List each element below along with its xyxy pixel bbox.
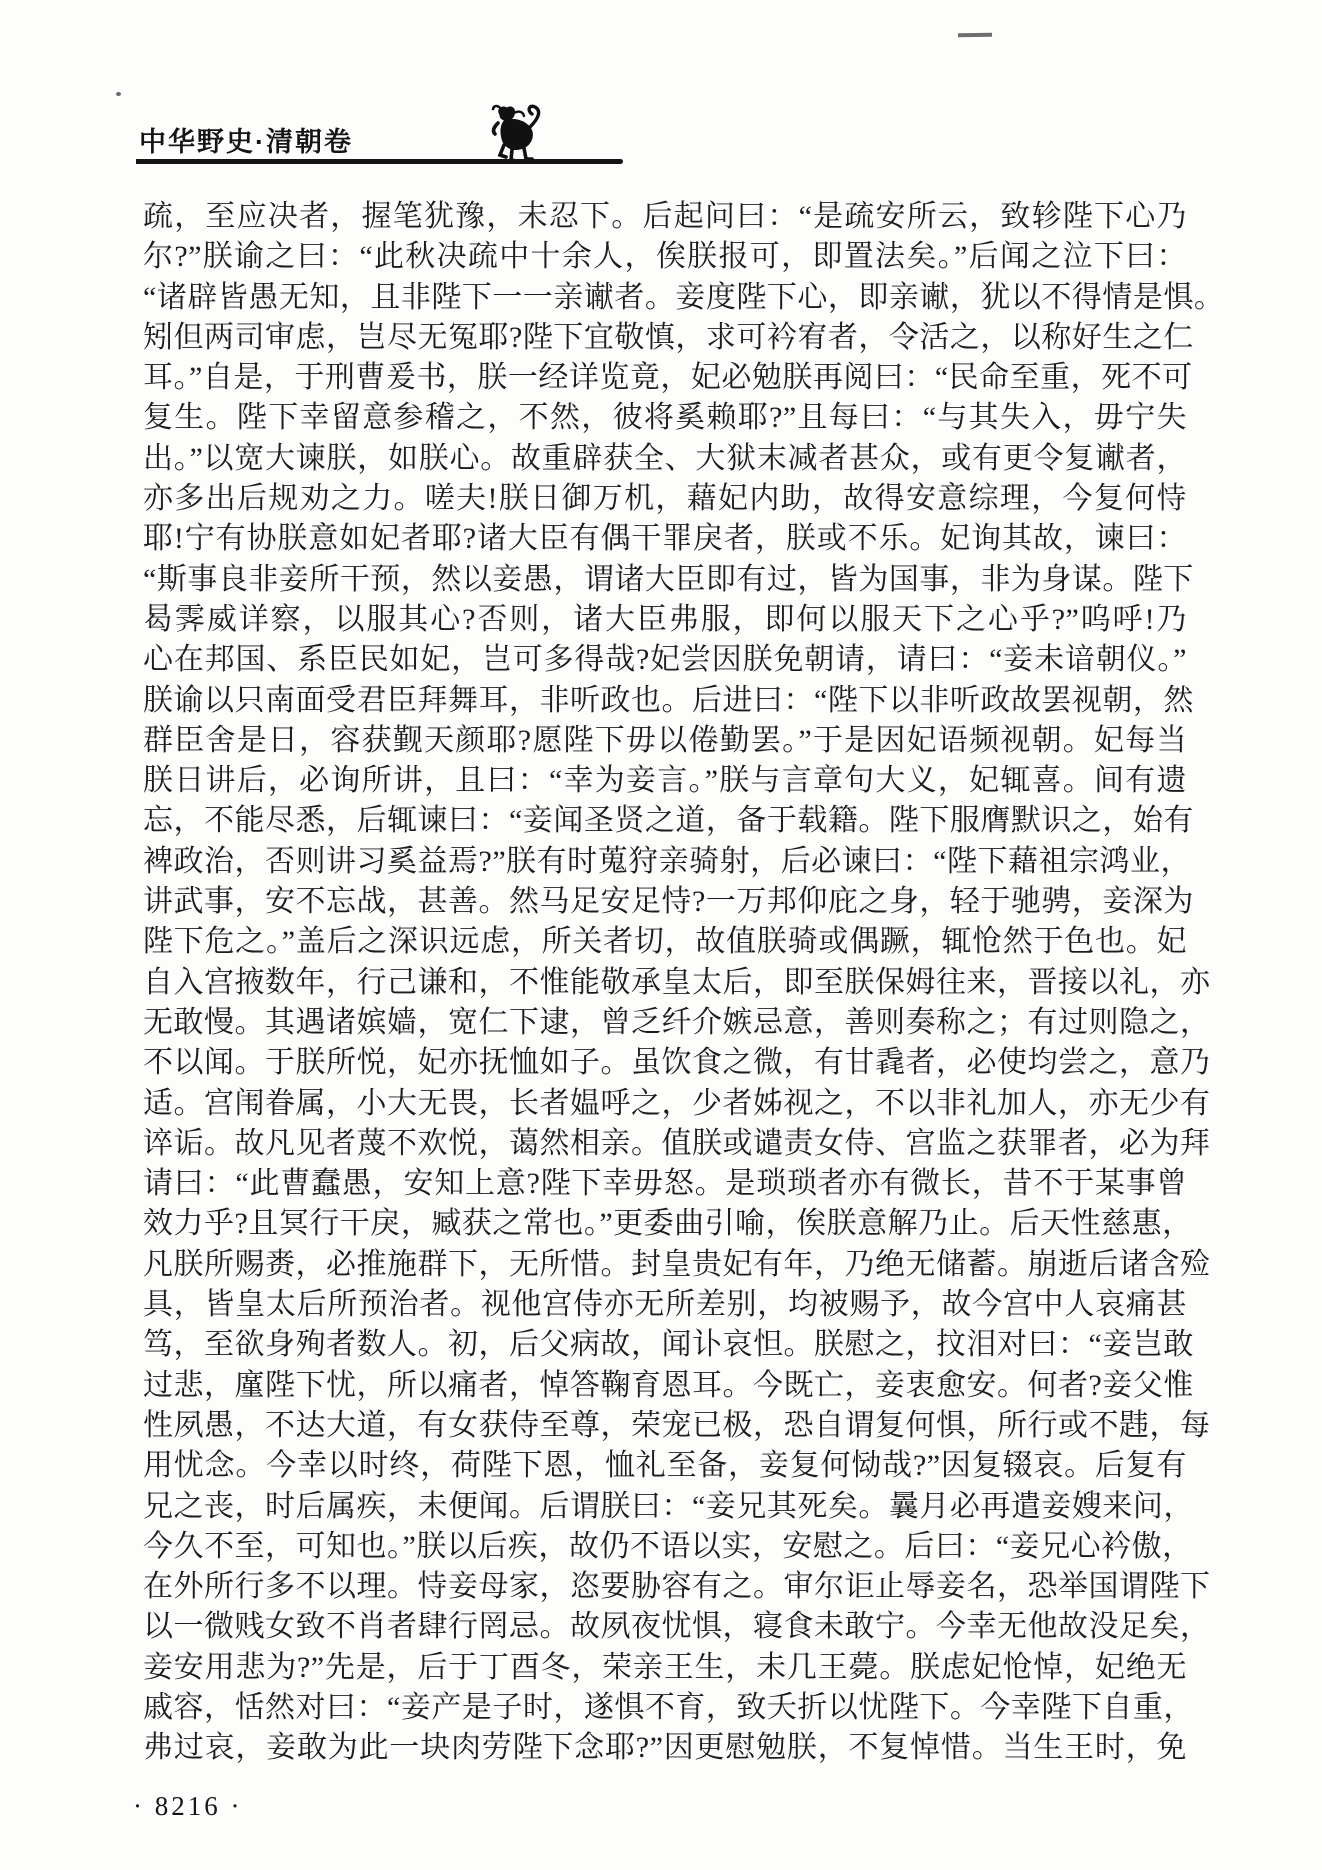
text-line: 讲武事，安不忘战，甚善。然马足安足恃?一万邦仰庇之身，轻于驰骋，妾深为 (143, 882, 1187, 922)
text-line: 不以闻。于朕所悦，妃亦抚恤如子。虽饮食之微，有甘毳者，必使均尝之，意乃 (143, 1043, 1187, 1083)
text-line: 请曰：“此曹蠢愚，安知上意?陛下幸毋怒。是琐琐者亦有微长，昔不于某事曾 (143, 1164, 1187, 1204)
text-line: 亦多出后规劝之力。嗟夫!朕日御万机，藉妃内助，故得安意综理，今复何恃 (143, 479, 1187, 519)
text-line: 弗过哀，妾敢为此一块肉劳陛下念耶?”因更慰勉朕，不复悼惜。当生王时，免 (143, 1728, 1187, 1768)
text-line: 出。”以宽大谏朕，如朕心。故重辟获全、大狱末减者甚众，或有更令复谳者， (143, 439, 1187, 479)
text-line: 尔?”朕谕之曰：“此秋决疏中十余人，俟朕报可，即置法矣。”后闻之泣下曰： (143, 237, 1187, 277)
qilin-dragon-icon (486, 101, 548, 165)
text-line: 效力乎?且冥行干戾，臧获之常也。”更委曲引喻，俟朕意解乃止。后天性慈惠， (143, 1204, 1187, 1244)
text-line: 凡朕所赐赉，必推施群下，无所惜。封皇贵妃有年，乃绝无储蓄。崩逝后诸含殓 (143, 1245, 1187, 1285)
text-line: 过悲，廑陛下忧，所以痛者，悼答鞠育恩耳。今既亡，妾衷愈安。何者?妾父惟 (143, 1366, 1187, 1406)
text-line: 曷霁威详察，以服其心?否则，诸大臣弗服，即何以服天下之心乎?”呜呼!乃 (143, 600, 1187, 640)
text-line: 用忧念。今幸以时终，荷陛下恩，恤礼至备，妾复何恸哉?”因复辍哀。后复有 (143, 1446, 1187, 1486)
body-text-block: 疏，至应决者，握笔犹豫，未忍下。后起问曰：“是疏安所云，致轸陛下心乃尔?”朕谕之… (143, 197, 1187, 1769)
text-line: 群臣舍是日，容获觐天颜耶?愿陛下毋以倦勤罢。”于是因妃语频视朝。妃每当 (143, 721, 1187, 761)
book-page: 中华野史·清朝卷 (0, 0, 1322, 1870)
text-line: 复生。陛下幸留意参稽之，不然，彼将奚赖耶?”且每曰：“与其失入，毋宁失 (143, 398, 1187, 438)
text-line: 谇诟。故凡见者蔑不欢悦，蔼然相亲。值朕或谴责女侍、宫监之获罪者，必为拜 (143, 1124, 1187, 1164)
text-line: 裨政治，否则讲习奚益焉?”朕有时蒐狩亲骑射，后必谏曰：“陛下藉祖宗鸿业， (143, 842, 1187, 882)
text-line: 疏，至应决者，握笔犹豫，未忍下。后起问曰：“是疏安所云，致轸陛下心乃 (143, 197, 1187, 237)
text-line: 在外所行多不以理。恃妾母家，恣要胁容有之。审尔讵止辱妾名，恐举国谓陛下 (143, 1567, 1187, 1607)
text-line: 妾安用悲为?”先是，后于丁酉冬，荣亲王生，未几王薨。朕虑妃怆悼，妃绝无 (143, 1648, 1187, 1688)
text-line: 陛下危之。”盖后之深识远虑，所关者切，故值朕骑或偶蹶，辄怆然于色也。妃 (143, 922, 1187, 962)
book-title: 中华野史·清朝卷 (139, 120, 353, 159)
text-line: “斯事良非妾所干预，然以妾愚，谓诸大臣即有过，皆为国事，非为身谋。陛下 (143, 560, 1187, 600)
header-divider-rule (136, 159, 623, 164)
text-line: 今久不至，可知也。”朕以后疾，故仍不语以实，安慰之。后曰：“妾兄心衿傲， (143, 1527, 1187, 1567)
scan-artifact-dot (116, 92, 121, 96)
text-line: 性夙愚，不达大道，有女获侍至尊，荣宠已极，恐自谓复何惧，所行或不韪，每 (143, 1406, 1187, 1446)
text-line: 耳。”自是，于刑曹爰书，朕一经详览竟，妃必勉朕再阅曰：“民命至重，死不可 (143, 358, 1187, 398)
text-line: 朕日讲后，必询所讲，且曰：“幸为妾言。”朕与言章句大义，妃辄喜。间有遗 (143, 761, 1187, 801)
scan-artifact-dash (958, 33, 992, 38)
text-line: 自入宫掖数年，行己谦和，不惟能敬承皇太后，即至朕保姆往来，晋接以礼，亦 (143, 963, 1187, 1003)
text-line: 笃，至欲身殉者数人。初，后父病故，闻讣哀怛。朕慰之，抆泪对曰：“妾岂敢 (143, 1325, 1187, 1365)
text-line: 心在邦国、系臣民如妃，岂可多得哉?妃尝因朕免朝请，请曰：“妾未谙朝仪。” (143, 640, 1187, 680)
page-number: · 8216 · (133, 1791, 242, 1822)
text-line: 耶!宁有协朕意如妃者耶?诸大臣有偶干罪戾者，朕或不乐。妃询其故，谏曰： (143, 519, 1187, 559)
text-line: 适。宫闱眷属，小大无畏，长者媪呼之，少者姊视之，不以非礼加人，亦无少有 (143, 1084, 1187, 1124)
text-line: 戚容，恬然对曰：“妾产是子时，遂惧不育，致夭折以忧陛下。今幸陛下自重， (143, 1688, 1187, 1728)
text-line: 无敢慢。其遇诸嫔嫱，宽仁下逮，曾乏纤介嫉忌意，善则奏称之；有过则隐之， (143, 1003, 1187, 1043)
text-line: 朕谕以只南面受君臣拜舞耳，非听政也。后进曰：“陛下以非听政故罢视朝，然 (143, 681, 1187, 721)
text-line: 以一微贱女致不肖者肆行罔忌。故夙夜忧惧，寝食未敢宁。今幸无他故没足矣， (143, 1607, 1187, 1647)
text-line: 忘，不能尽悉，后辄谏曰：“妾闻圣贤之道，备于载籍。陛下服膺默识之，始有 (143, 801, 1187, 841)
text-line: 兄之丧，时后属疾，未便闻。后谓朕曰：“妾兄其死矣。曩月必再遣妾嫂来问， (143, 1487, 1187, 1527)
text-line: 具，皆皇太后所预治者。视他宫侍亦无所差别，均被赐予，故今宫中人哀痛甚 (143, 1285, 1187, 1325)
text-line: “诸辟皆愚无知，且非陛下一一亲谳者。妾度陛下心，即亲谳，犹以不得情是惧。 (143, 278, 1187, 318)
text-line: 矧但两司审虑，岂尽无冤耶?陛下宜敬慎，求可衿宥者，令活之，以称好生之仁 (143, 318, 1187, 358)
